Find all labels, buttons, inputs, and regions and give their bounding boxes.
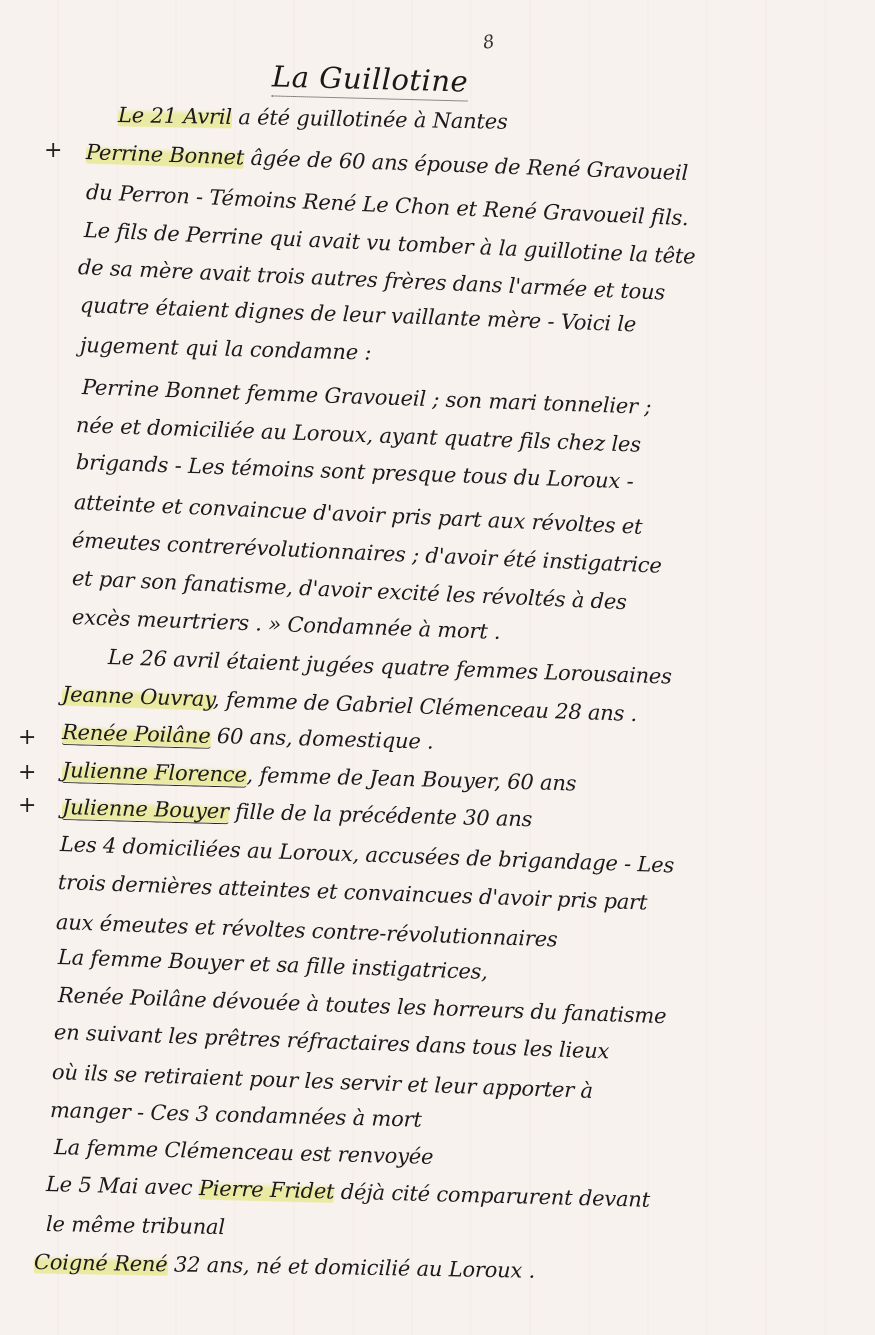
line-text: , femme de Gabriel Clémenceau 28 ans . [213, 687, 638, 726]
line-text: déjà cité comparurent devant [334, 1180, 650, 1212]
highlighted-name: Jeanne Ouvray [62, 682, 214, 711]
text-line: La femme Clémenceau est renvoyée [54, 1135, 434, 1169]
line-text: , femme de Jean Bouyer, 60 ans [246, 763, 576, 796]
line-text: née et domiciliée au Loroux, ayant quatr… [76, 413, 642, 457]
highlighted-name: Perrine Bonnet [86, 140, 245, 170]
text-line: jugement qui la condamne : [80, 333, 372, 365]
corner-mark: 8 [481, 31, 496, 54]
line-text: manger - Ces 3 condamnées à mort [50, 1098, 422, 1132]
line-text: La femme Bouyer et sa fille instigatrice… [58, 945, 489, 984]
line-text: La femme Clémenceau est renvoyée [54, 1135, 434, 1169]
line-text: trois dernières atteintes et convaincues… [58, 870, 648, 915]
margin-cross-mark: + [18, 725, 36, 750]
text-line: Julienne Florence, femme de Jean Bouyer,… [62, 758, 577, 795]
text-line: brigands - Les témoins sont presque tous… [76, 450, 634, 493]
line-text: Les 4 domiciliées au Loroux, accusées de… [60, 832, 675, 877]
line-text: 60 ans, domestique . [210, 724, 434, 754]
margin-cross-mark: + [18, 793, 36, 818]
text-line: manger - Ces 3 condamnées à mort [50, 1098, 422, 1132]
highlighted-name: Coigné René [34, 1250, 168, 1276]
highlighted-name: Julienne Florence [62, 758, 247, 788]
line-text: Perrine Bonnet femme Gravoueil ; son mar… [82, 375, 652, 419]
margin-cross-mark: + [44, 138, 62, 163]
text-line: Renée Poilâne dévouée à toutes les horre… [58, 983, 667, 1028]
line-text: Le 26 avril étaient jugées quatre femmes… [108, 645, 673, 689]
text-line: Coigné René 32 ans, né et domicilié au L… [34, 1250, 535, 1283]
text-line: Perrine Bonnet âgée de 60 ans épouse de … [86, 140, 689, 185]
text-line: où ils se retiraient pour les servir et … [52, 1060, 594, 1103]
line-text: excès meurtriers . » Condamnée à mort . [72, 605, 501, 644]
highlighted-name: Renée Poilâne [62, 720, 211, 749]
text-line: née et domiciliée au Loroux, ayant quatr… [76, 413, 642, 457]
line-text: fille de la précédente 30 ans [229, 799, 533, 831]
line-text: brigands - Les témoins sont presque tous… [76, 450, 634, 493]
line-text: Le 5 Mai avec [46, 1172, 200, 1200]
text-line: Julienne Bouyer fille de la précédente 3… [62, 795, 533, 831]
text-line: Jeanne Ouvray, femme de Gabriel Clémence… [62, 682, 638, 726]
text-line: Les 4 domiciliées au Loroux, accusées de… [60, 832, 675, 877]
text-line: Renée Poilâne 60 ans, domestique . [62, 720, 434, 754]
text-line: aux émeutes et révoltes contre-révolutio… [56, 910, 558, 951]
line-text: 32 ans, né et domicilié au Loroux . [167, 1252, 535, 1282]
page-title: La Guillotine [272, 59, 469, 101]
text-line: trois dernières atteintes et convaincues… [58, 870, 648, 915]
line-text: en suivant les prêtres réfractaires dans… [54, 1020, 610, 1063]
highlighted-name: Julienne Bouyer [62, 795, 229, 824]
line-text: jugement qui la condamne : [80, 333, 372, 365]
text-line: en suivant les prêtres réfractaires dans… [54, 1020, 610, 1063]
highlighted-name: Pierre Fridet [199, 1176, 335, 1204]
text-line: Perrine Bonnet femme Gravoueil ; son mar… [82, 375, 652, 419]
highlighted-text: Le 21 Avril [118, 103, 232, 129]
line-text: âgée de 60 ans épouse de René Gravoueil [244, 146, 689, 185]
scanned-page: 8 La Guillotine + + + + Le 21 Avril a ét… [0, 0, 875, 1335]
text-line: La femme Bouyer et sa fille instigatrice… [58, 945, 489, 984]
text-line: Le 26 avril étaient jugées quatre femmes… [108, 645, 673, 689]
line-text: a été guillotinée à Nantes [232, 105, 508, 134]
line-text: Renée Poilâne dévouée à toutes les horre… [58, 983, 667, 1028]
text-line: excès meurtriers . » Condamnée à mort . [72, 605, 501, 644]
line-text: aux émeutes et révoltes contre-révolutio… [56, 910, 558, 951]
line-text: où ils se retiraient pour les servir et … [52, 1060, 594, 1103]
line-text: le même tribunal [46, 1212, 225, 1239]
text-line: Le 5 Mai avec Pierre Fridet déjà cité co… [46, 1172, 651, 1212]
text-line: Le 21 Avril a été guillotinée à Nantes [118, 103, 508, 134]
margin-cross-mark: + [18, 760, 36, 785]
text-line: le même tribunal [46, 1212, 225, 1239]
